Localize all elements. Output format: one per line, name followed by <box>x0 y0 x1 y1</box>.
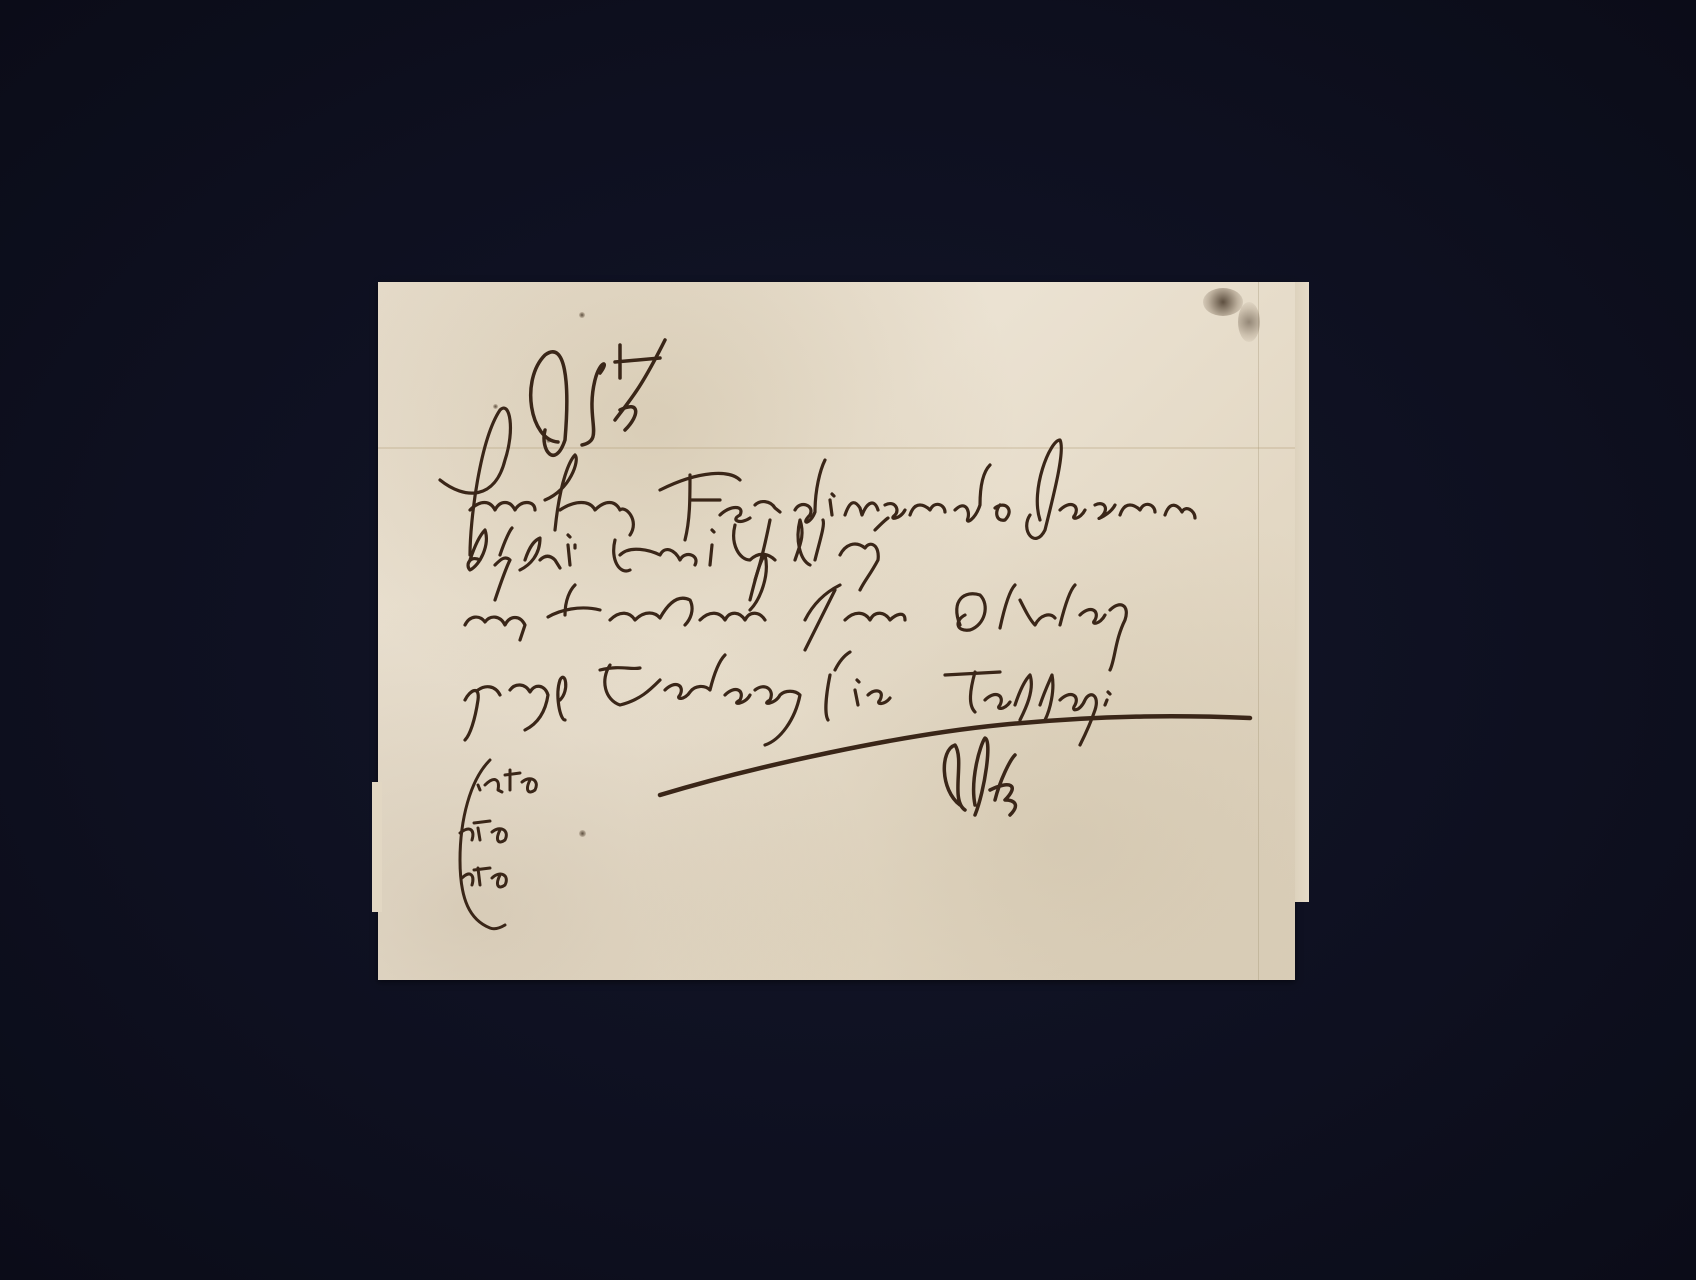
paper-fold-flap-right <box>1295 282 1309 902</box>
photo-background: P S herrn herrn Ferdinando Joann des hei… <box>0 0 1696 1280</box>
ink-dot <box>493 404 498 409</box>
fold-line <box>1258 282 1259 980</box>
ink-dot <box>579 830 586 837</box>
ink-stain <box>1238 302 1260 342</box>
ink-stain <box>1203 288 1243 316</box>
ink-dot <box>579 312 585 318</box>
folded-letter <box>378 282 1295 980</box>
ink-dot <box>546 438 551 443</box>
paper-fold-flap-left <box>372 782 382 912</box>
horizontal-crease <box>378 447 1295 449</box>
